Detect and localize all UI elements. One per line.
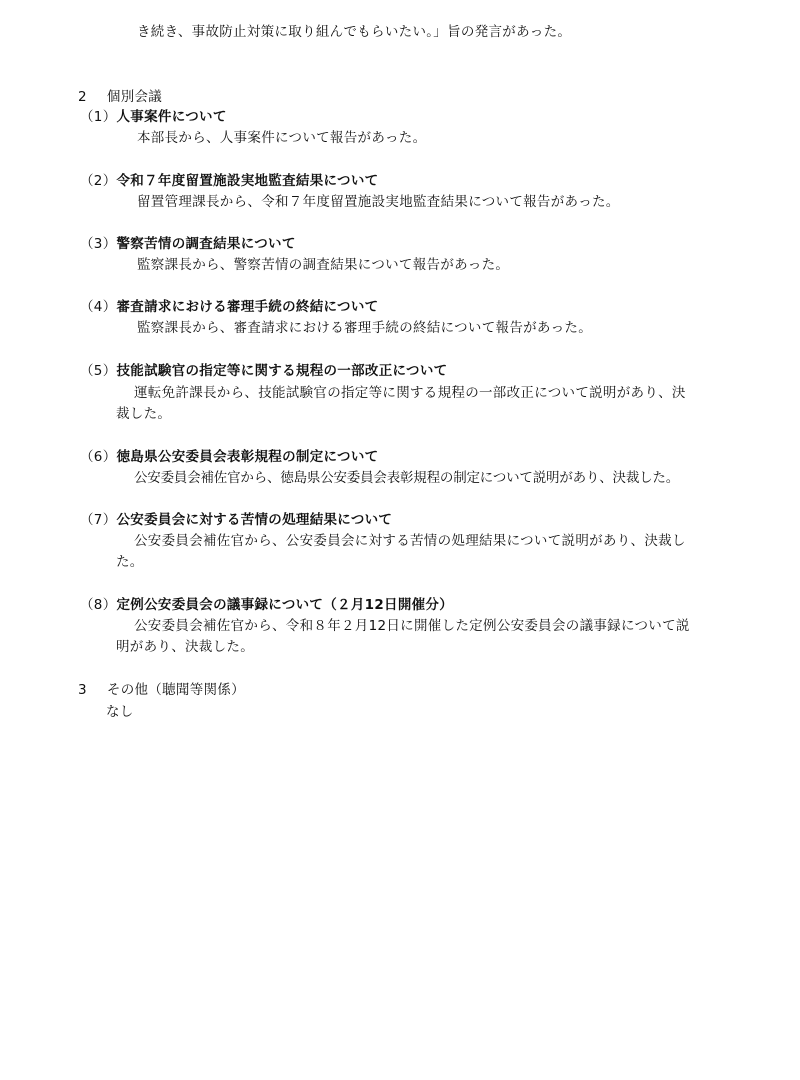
section-title: 個別会議 [107, 89, 162, 105]
item-title: 令和７年度留置施設実地監査結果について [117, 173, 379, 189]
item-title: 徳島県公安委員会表彰規程の制定について [117, 449, 379, 465]
item-title: 審査請求における審理手続の終結について [117, 299, 379, 315]
item-7-body-line-2: た。 [116, 552, 144, 572]
item-2-body: 留置管理課長から、令和７年度留置施設実地監査結果について報告があった。 [137, 192, 620, 212]
item-number: （6） [80, 447, 117, 467]
item-title: 技能試験官の指定等に関する規程の一部改正について [117, 363, 448, 379]
item-title: 警察苦情の調査結果について [117, 236, 296, 252]
item-4-heading: （4）審査請求における審理手続の終結について [80, 297, 378, 317]
item-number: （4） [80, 297, 117, 317]
item-title: 公安委員会に対する苦情の処理結果について [117, 512, 393, 528]
item-5-heading: （5）技能試験官の指定等に関する規程の一部改正について [80, 361, 447, 381]
item-5-body-line-2: 裁した。 [116, 404, 171, 424]
item-3-heading: （3）警察苦情の調査結果について [80, 234, 296, 254]
item-number: （8） [80, 595, 117, 615]
item-2-heading: （2）令和７年度留置施設実地監査結果について [80, 171, 378, 191]
section-2-heading: 2個別会議 [78, 87, 162, 107]
item-8-body-line-1: 公安委員会補佐官から、令和８年２月12日に開催した定例公安委員会の議事録について… [134, 616, 690, 636]
item-6-body: 公安委員会補佐官から、徳島県公安委員会表彰規程の制定について説明があり、決裁した… [134, 468, 679, 488]
item-number: （5） [80, 361, 117, 381]
item-4-body: 監察課長から、審査請求における審理手続の終結について報告があった。 [137, 318, 592, 338]
item-number: （3） [80, 234, 117, 254]
item-title: 定例公安委員会の議事録について（２月12日開催分） [117, 597, 454, 613]
item-5-body-line-1: 運転免許課長から、技能試験官の指定等に関する規程の一部改正について説明があり、決 [134, 383, 686, 403]
section-number: 3 [78, 682, 87, 698]
section-3-body: なし [106, 702, 134, 722]
intro-continuation: き続き、事故防止対策に取り組んでもらいたい。」旨の発言があった。 [137, 22, 571, 42]
section-3-heading: 3その他（聴聞等関係） [78, 680, 245, 700]
section-number: 2 [78, 89, 87, 105]
item-title: 人事案件について [117, 109, 227, 125]
item-7-heading: （7）公安委員会に対する苦情の処理結果について [80, 510, 392, 530]
item-1-heading: （1）人事案件について [80, 107, 227, 127]
item-6-heading: （6）徳島県公安委員会表彰規程の制定について [80, 447, 378, 467]
item-8-heading: （8）定例公安委員会の議事録について（２月12日開催分） [80, 595, 453, 615]
item-3-body: 監察課長から、警察苦情の調査結果について報告があった。 [137, 255, 509, 275]
section-title: その他（聴聞等関係） [107, 682, 245, 698]
item-number: （7） [80, 510, 117, 530]
item-1-body: 本部長から、人事案件について報告があった。 [137, 128, 426, 148]
item-number: （2） [80, 171, 117, 191]
item-8-body-line-2: 明があり、決裁した。 [116, 637, 254, 657]
item-number: （1） [80, 107, 117, 127]
item-7-body-line-1: 公安委員会補佐官から、公安委員会に対する苦情の処理結果について説明があり、決裁し [134, 531, 686, 551]
